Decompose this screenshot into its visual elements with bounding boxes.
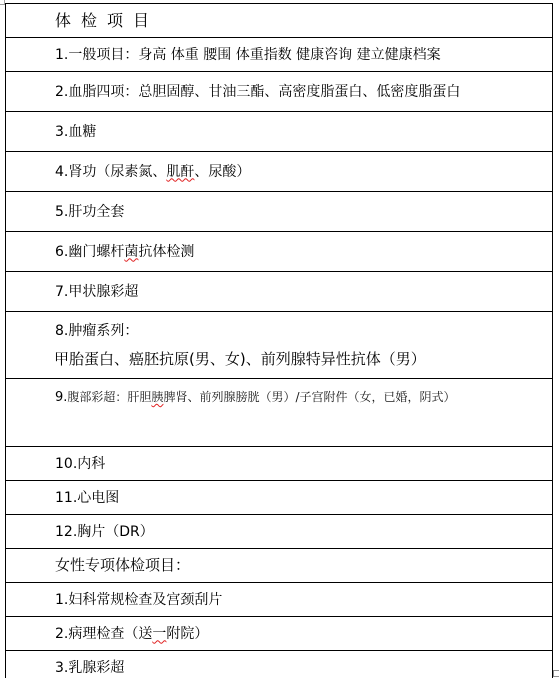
spellcheck-word: 一: [152, 626, 166, 642]
spellcheck-word: 肌酐: [166, 164, 194, 180]
table-row: 11.心电图: [6, 481, 553, 515]
table-row: 12.胸片（DR）: [6, 515, 553, 549]
table-row: 2.血脂四项：总胆固醇、甘油三酯、高密度脂蛋白、低密度脂蛋白: [6, 72, 553, 112]
table-row: 女性专项体检项目：: [6, 549, 553, 583]
item-general: 1.一般项目：身高 体重 腰围 体重指数 健康咨询 建立健康档案: [6, 38, 553, 72]
item-kidney-suffix: 、尿酸）: [194, 164, 250, 180]
table-row: 6.幽门螺杆菌抗体检测: [6, 232, 553, 272]
item-internal: 10.内科: [6, 447, 553, 481]
item-pathology-suffix: 附院）: [166, 626, 208, 642]
table-row: 8.肿瘤系列： 甲胎蛋白、癌胚抗原(男、女)、前列腺特异性抗体（男）: [6, 312, 553, 379]
item-kidney-prefix: 4.肾功（尿素氮、: [55, 164, 166, 180]
item-liver: 5.肝功全套: [6, 192, 553, 232]
item-pathology-prefix: 2.病理检查（送: [55, 626, 152, 642]
table-row: 1.一般项目：身高 体重 腰围 体重指数 健康咨询 建立健康档案: [6, 38, 553, 72]
item-gyn: 1.妇科常规检查及宫颈刮片: [6, 583, 553, 617]
item-ecg: 11.心电图: [6, 481, 553, 515]
item-tumor-title: 8.肿瘤系列：: [55, 324, 552, 338]
table-row: 4.肾功（尿素氮、肌酐、尿酸）: [6, 152, 553, 192]
item-hp: 6.幽门螺杆菌抗体检测: [6, 232, 553, 272]
table-row: 5.肝功全套: [6, 192, 553, 232]
exam-items-table: 体检项目 1.一般项目：身高 体重 腰围 体重指数 健康咨询 建立健康档案 2.…: [5, 3, 553, 678]
female-section-title: 女性专项体检项目：: [6, 549, 553, 583]
item-thyroid: 7.甲状腺彩超: [6, 272, 553, 312]
item-tumor: 8.肿瘤系列： 甲胎蛋白、癌胚抗原(男、女)、前列腺特异性抗体（男）: [6, 312, 553, 379]
item-hp-prefix: 6.幽门螺杆: [55, 244, 124, 260]
item-abdomen-number: 9.: [55, 390, 67, 405]
table-resize-handle[interactable]: [553, 670, 559, 677]
table-row: 7.甲状腺彩超: [6, 272, 553, 312]
item-pathology: 2.病理检查（送一附院）: [6, 617, 553, 651]
spellcheck-word: 菌: [124, 244, 138, 260]
item-kidney: 4.肾功（尿素氮、肌酐、尿酸）: [6, 152, 553, 192]
table-row: 1.妇科常规检查及宫颈刮片: [6, 583, 553, 617]
table-row: 3.血糖: [6, 112, 553, 152]
spellcheck-word: 胰: [151, 390, 163, 404]
table-row: 2.病理检查（送一附院）: [6, 617, 553, 651]
table-row: 3.乳腺彩超: [6, 651, 553, 678]
item-hp-suffix: 抗体检测: [138, 244, 194, 260]
table-header: 体检项目: [6, 4, 553, 38]
item-lipids: 2.血脂四项：总胆固醇、甘油三酯、高密度脂蛋白、低密度脂蛋白: [6, 72, 553, 112]
item-abdomen: 9.腹部彩超：肝胆胰脾肾、前列腺膀胱（男）/子宫附件（女，已婚，阴式）: [6, 379, 553, 447]
item-tumor-detail: 甲胎蛋白、癌胚抗原(男、女)、前列腺特异性抗体（男）: [54, 352, 552, 367]
item-breast: 3.乳腺彩超: [6, 651, 553, 678]
item-glucose: 3.血糖: [6, 112, 553, 152]
item-chest: 12.胸片（DR）: [6, 515, 553, 549]
table-row: 9.腹部彩超：肝胆胰脾肾、前列腺膀胱（男）/子宫附件（女，已婚，阴式）: [6, 379, 553, 447]
table-row: 10.内科: [6, 447, 553, 481]
item-abdomen-prefix: 腹部彩超：肝胆: [67, 390, 151, 404]
table-header-row: 体检项目: [6, 4, 553, 38]
item-abdomen-suffix: 脾肾、前列腺膀胱（男）/子宫附件（女，已婚，阴式）: [163, 390, 455, 404]
